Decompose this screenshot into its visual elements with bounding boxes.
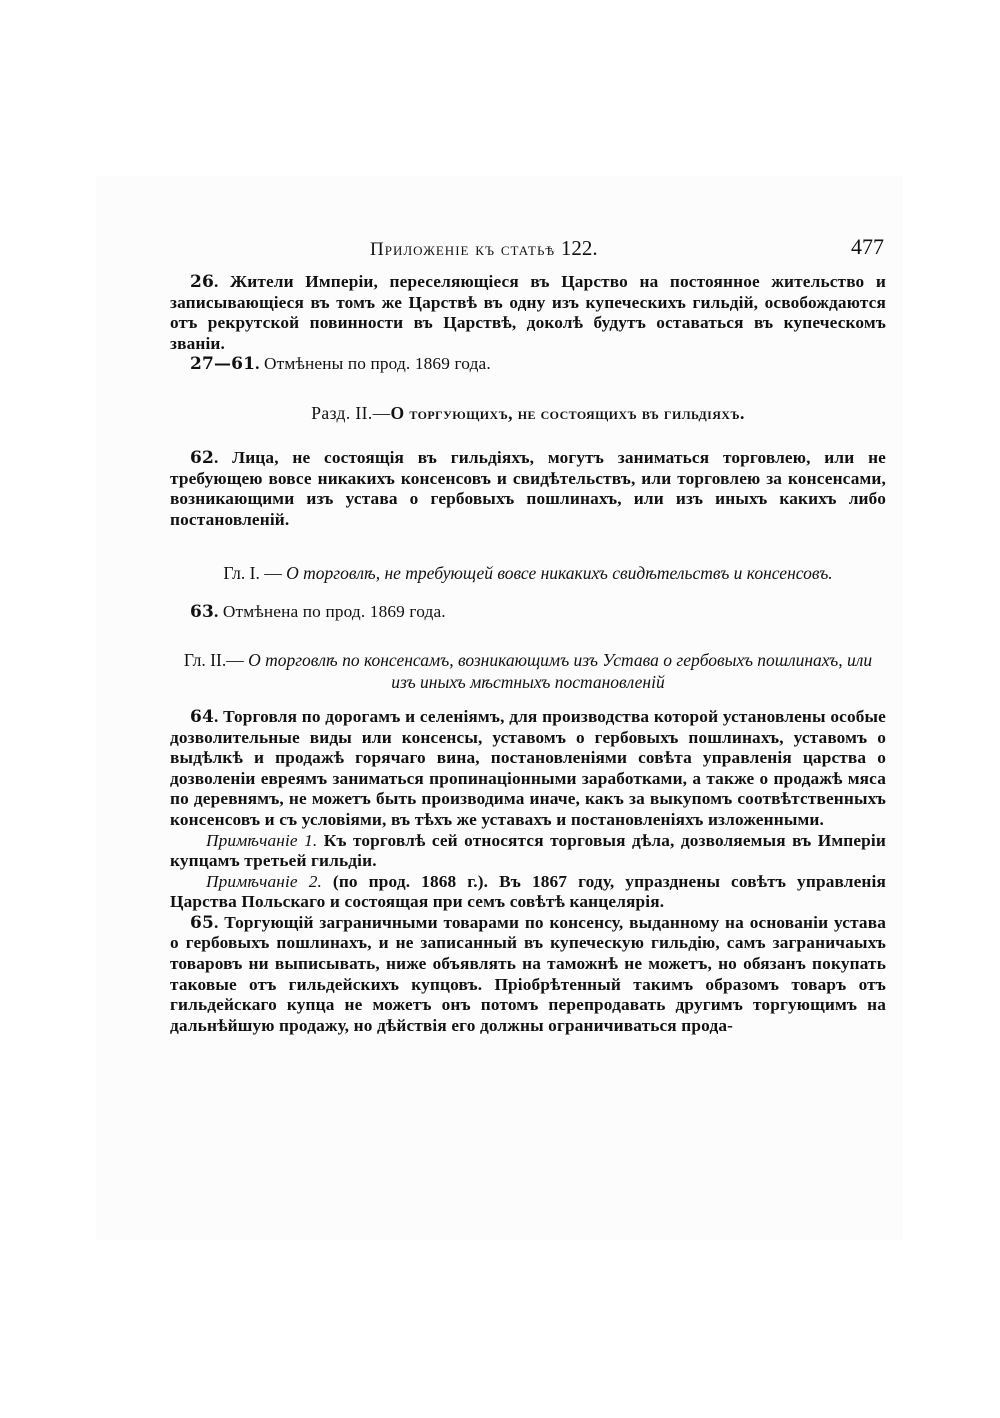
article-63: 63. Отмѣнена по прод. 1869 года. [170,602,886,623]
article-text: Лица, не состоящія въ гильдіяхъ, могутъ … [170,448,886,529]
article-number: 27—61 [190,354,255,374]
chapter-label: Гл. II.— [184,650,248,670]
page-number: 477 [851,234,884,260]
article-text: Отмѣнены по прод. 1869 года. [264,354,491,373]
page-header: Приложеніе къ статьѣ 122. 477 [170,232,886,262]
article-27-61: 27—61. Отмѣнены по прод. 1869 года. [170,354,886,375]
article-26: 26. Жители Имперіи, переселяющіеся въ Ца… [170,272,886,354]
article-64-note-1: Примѣчаніе 1. Къ торговлѣ сей относятся … [170,831,886,872]
section-label: Разд. II.— [311,403,390,423]
article-number: 65 [190,913,214,933]
article-65: 65. Торгующій заграничными товарами по к… [170,913,886,1037]
article-64: 64. Торговля по дорогамъ и селеніямъ, дл… [170,707,886,831]
article-number: 63 [190,602,214,622]
section-heading: Разд. II.—О торгующихъ, не состоящихъ въ… [170,403,886,424]
running-title-number: 122. [561,236,598,260]
article-number: 64 [190,707,214,727]
note-label: Примѣчаніе 1. [206,831,317,850]
article-62: 62. Лица, не состоящія въ гильдіяхъ, мог… [170,448,886,530]
note-label: Примѣчаніе 2. [206,872,322,891]
article-text: Торгующій заграничными товарами по консе… [170,913,886,1035]
running-title: Приложеніе къ статьѣ 122. [370,236,598,261]
chapter-title: О торговлѣ, не требующей вовсе никакихъ … [286,563,833,583]
article-64-note-2: Примѣчаніе 2. (по прод. 1868 г.). Въ 186… [170,872,886,913]
article-number: 26 [190,272,214,292]
article-text: Жители Имперіи, переселяющіеся въ Царств… [170,272,886,353]
chapter-title: О торговлѣ по консенсамъ, возникающимъ и… [248,650,872,692]
section-title: О торгующихъ, не состоящихъ въ гильдіяхъ… [391,403,745,423]
chapter-heading-2: Гл. II.— О торговлѣ по консенсамъ, возни… [170,649,886,693]
article-text: Отмѣнена по прод. 1869 года. [223,602,446,621]
running-title-text: Приложеніе къ статьѣ [370,239,555,260]
chapter-label: Гл. I. — [223,563,286,583]
article-number: 62 [190,448,214,468]
document-page: Приложеніе къ статьѣ 122. 477 26. Жители… [170,232,886,1036]
chapter-heading-1: Гл. I. — О торговлѣ, не требующей вовсе … [170,562,886,584]
article-text: Торговля по дорогамъ и селеніямъ, для пр… [170,707,886,829]
